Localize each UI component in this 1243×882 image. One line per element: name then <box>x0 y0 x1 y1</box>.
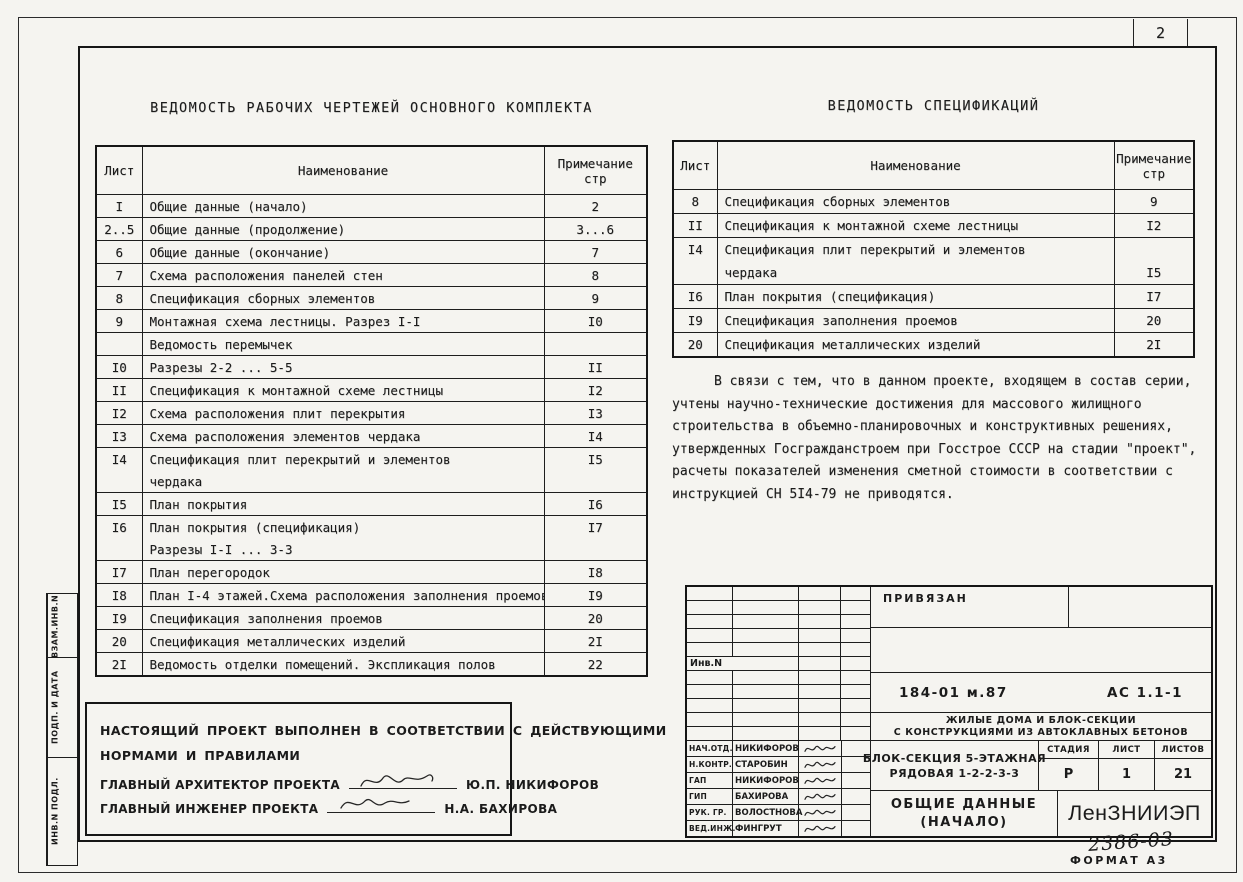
table-cell: 7 <box>544 241 647 264</box>
signer-signature <box>799 821 842 836</box>
signer-signature <box>799 741 842 756</box>
table-cell <box>544 470 647 493</box>
signer-date-cell <box>842 821 870 836</box>
organization-name: ЛенЗНИИЭП <box>1058 791 1211 836</box>
stamp-grid-row <box>687 629 870 643</box>
signer-date-cell <box>842 805 870 820</box>
table-cell: 2I <box>544 630 647 653</box>
vzam-inv-box: ВЗАМ.ИНВ.N <box>46 593 78 659</box>
stamp-grid-row <box>687 671 870 685</box>
signer-row: ГАПНИКИФОРОВ <box>687 773 870 789</box>
table-cell: I3 <box>96 425 142 448</box>
table-cell: Спецификация сборных элементов <box>142 287 544 310</box>
title-block-right: ПРИВЯЗАН 184-01 м.87 АС 1.1-1 ЖИЛЫЕ ДОМА… <box>871 587 1211 836</box>
table-cell: II <box>673 214 717 238</box>
table-cell: План I-4 этажей.Схема расположения запол… <box>142 584 544 607</box>
note-paragraph-line: утвержденных Госгражданстроем при Госстр… <box>672 439 1196 462</box>
table-cell <box>673 261 717 285</box>
table-cell: I8 <box>96 584 142 607</box>
stamp-grid-row <box>687 587 870 601</box>
table-cell: Схема расположения элементов чердака <box>142 425 544 448</box>
table-cell: План перегородок <box>142 561 544 584</box>
table-cell: Спецификация к монтажной схеме лестницы <box>717 214 1114 238</box>
signer-role: ВЕД.ИНЖ. <box>687 821 733 836</box>
table-row: I9Спецификация заполнения проемов20 <box>673 309 1194 333</box>
stamp-grid-row <box>687 727 870 741</box>
table-cell: 2..5 <box>96 218 142 241</box>
table-cell: Разрезы I-I ... 3-3 <box>142 538 544 561</box>
table-row: чердакаI5 <box>673 261 1194 285</box>
table-cell: 20 <box>673 333 717 358</box>
table-cell: Спецификация к монтажной схеме лестницы <box>142 379 544 402</box>
table-cell: I5 <box>1114 261 1194 285</box>
table-cell: I2 <box>96 402 142 425</box>
table-row: I3Схема расположения элементов чердакаI4 <box>96 425 647 448</box>
table-cell: I5 <box>96 493 142 516</box>
table-row: 2IВедомость отделки помещений. Экспликац… <box>96 653 647 677</box>
table-cell: I4 <box>673 238 717 262</box>
signature-squiggle-icon <box>803 773 837 788</box>
table-cell: План покрытия <box>142 493 544 516</box>
engineer-signature-line <box>327 792 435 813</box>
signer-signature <box>799 805 842 820</box>
table-row: I5План покрытияI6 <box>96 493 647 516</box>
table-cell: I3 <box>544 402 647 425</box>
table-cell: II <box>96 379 142 402</box>
corner-sheet-number: 2 <box>1133 19 1188 46</box>
stage-headers: СТАДИЯ ЛИСТ ЛИСТОВ <box>1039 741 1211 759</box>
table-cell: Схема расположения панелей стен <box>142 264 544 287</box>
table-row: 7Схема расположения панелей стен8 <box>96 264 647 287</box>
engineer-label: ГЛАВНЫЙ ИНЖЕНЕР ПРОЕКТА <box>100 802 318 816</box>
column-header: Лист <box>673 141 717 190</box>
table-row: IIСпецификация к монтажной схеме лестниц… <box>673 214 1194 238</box>
column-header: Наименование <box>142 146 544 195</box>
signer-signature <box>799 773 842 788</box>
table-row: I0Разрезы 2-2 ... 5-5II <box>96 356 647 379</box>
sheet-header: ЛИСТ <box>1099 741 1155 758</box>
table-header-row: ЛистНаименованиеПримечаниестр <box>673 141 1194 190</box>
table-row: I6План покрытия (спецификация)I7 <box>673 285 1194 309</box>
inv-podl-label: ИНВ.N ПОДЛ. <box>47 758 62 865</box>
table-cell: II <box>544 356 647 379</box>
table-cell: I0 <box>96 356 142 379</box>
table-cell: I0 <box>544 310 647 333</box>
table-cell: 22 <box>544 653 647 677</box>
architect-signature-row: ГЛАВНЫЙ АРХИТЕКТОР ПРОЕКТА Ю.П. НИКИФОРО… <box>100 770 500 792</box>
signer-signature <box>799 789 842 804</box>
specifications-table: ЛистНаименованиеПримечаниестр8Спецификац… <box>672 140 1195 358</box>
table-cell: I7 <box>96 561 142 584</box>
project-name-line2: С КОНСТРУКЦИЯМИ ИЗ АВТОКЛАВНЫХ БЕТОНОВ <box>894 727 1189 739</box>
signer-name: НИКИФОРОВ <box>733 773 799 788</box>
sheets-header: ЛИСТОВ <box>1155 741 1211 758</box>
table-cell: Спецификация заполнения проемов <box>717 309 1114 333</box>
table-cell <box>544 333 647 356</box>
table-row: Разрезы I-I ... 3-3 <box>96 538 647 561</box>
engineer-signature-row: ГЛАВНЫЙ ИНЖЕНЕР ПРОЕКТА Н.А. БАХИРОВА <box>100 794 500 816</box>
set-code: АС 1.1-1 <box>1107 685 1183 701</box>
signer-signature <box>799 757 842 772</box>
table-cell: 2I <box>96 653 142 677</box>
series-number: 184-01 м.87 <box>899 685 1008 701</box>
table-cell: 9 <box>1114 190 1194 214</box>
table-cell: Спецификация заполнения проемов <box>142 607 544 630</box>
table-cell: I9 <box>96 607 142 630</box>
compliance-line-1: НАСТОЯЩИЙ ПРОЕКТ ВЫПОЛНЕН В СООТВЕТСТВИИ… <box>100 718 500 743</box>
privyazan-row: ПРИВЯЗАН <box>871 587 1211 628</box>
table-cell: 20 <box>544 607 647 630</box>
sheets-value: 21 <box>1155 759 1211 790</box>
table-header-row: ЛистНаименованиеПримечаниестр <box>96 146 647 195</box>
table-cell: 2 <box>544 195 647 218</box>
object-name-line1: БЛОК-СЕКЦИЯ 5-ЭТАЖНАЯ <box>863 751 1046 766</box>
table-cell: Монтажная схема лестницы. Разрез I-I <box>142 310 544 333</box>
table-cell: Спецификация металлических изделий <box>717 333 1114 358</box>
signer-role: ГИП <box>687 789 733 804</box>
signature-squiggle-icon <box>803 741 837 756</box>
table-row: Ведомость перемычек <box>96 333 647 356</box>
scanned-drawing-sheet: 2 ВЗАМ.ИНВ.N ПОДП. И ДАТА ИНВ.N ПОДЛ. ВЕ… <box>0 0 1243 882</box>
object-stage-row: БЛОК-СЕКЦИЯ 5-ЭТАЖНАЯ РЯДОВАЯ 1-2-2-3-3 … <box>871 741 1211 791</box>
table-cell: Спецификация плит перекрытий и элементов <box>142 448 544 471</box>
table-cell: Ведомость отделки помещений. Экспликация… <box>142 653 544 677</box>
note-paragraph-line: В связи с тем, что в данном проекте, вхо… <box>672 371 1196 394</box>
signer-role: РУК. ГР. <box>687 805 733 820</box>
signer-date-cell <box>842 789 870 804</box>
table-cell: План покрытия (спецификация) <box>142 516 544 539</box>
table-row: I8План I-4 этажей.Схема расположения зап… <box>96 584 647 607</box>
note-paragraph: В связи с тем, что в данном проекте, вхо… <box>672 371 1196 506</box>
note-paragraph-line: строительства в объемно-планировочных и … <box>672 416 1196 439</box>
title-block-upper-grid: Инв.N <box>687 587 870 741</box>
series-code-row: 184-01 м.87 АС 1.1-1 <box>871 673 1211 713</box>
table-cell: I6 <box>544 493 647 516</box>
inv-n-label: Инв.N <box>687 657 799 670</box>
table-cell: 8 <box>96 287 142 310</box>
table-row: 20Спецификация металлических изделий2I <box>673 333 1194 358</box>
stage-header: СТАДИЯ <box>1039 741 1099 758</box>
title-block-signers: НАЧ.ОТД.НИКИФОРОВН.КОНТР.СТАРОБИНГАПНИКИ… <box>687 741 870 836</box>
privyazan-empty-cell <box>1069 587 1211 627</box>
table-cell: I2 <box>544 379 647 402</box>
vzam-inv-label: ВЗАМ.ИНВ.N <box>47 594 62 658</box>
project-name-line1: ЖИЛЫЕ ДОМА И БЛОК-СЕКЦИИ <box>946 715 1136 727</box>
table-cell: 8 <box>673 190 717 214</box>
table-row: 20Спецификация металлических изделий2I <box>96 630 647 653</box>
table-cell: I <box>96 195 142 218</box>
table-cell: 20 <box>1114 309 1194 333</box>
stamp-grid-row <box>687 699 870 713</box>
table-row: I7План перегородокI8 <box>96 561 647 584</box>
table-row: 9Монтажная схема лестницы. Разрез I-II0 <box>96 310 647 333</box>
table-row: чердака <box>96 470 647 493</box>
title-block: Инв.N НАЧ.ОТД.НИКИФОРОВН.КОНТР.СТАРОБИНГ… <box>685 585 1213 838</box>
podp-data-label: ПОДП. И ДАТА <box>47 658 62 757</box>
sheet-title-line2: (НАЧАЛО) <box>920 814 1007 832</box>
table-cell: I9 <box>544 584 647 607</box>
table-cell: чердака <box>717 261 1114 285</box>
table-cell: I6 <box>673 285 717 309</box>
table-row: I2Схема расположения плит перекрытияI3 <box>96 402 647 425</box>
signer-role: ГАП <box>687 773 733 788</box>
table-cell <box>96 538 142 561</box>
stamp-grid-row <box>687 713 870 727</box>
stamp-grid-row <box>687 685 870 699</box>
table-cell: Ведомость перемычек <box>142 333 544 356</box>
stamp-grid-row <box>687 615 870 629</box>
table-row: I4Спецификация плит перекрытий и элемент… <box>96 448 647 471</box>
signer-row: ВЕД.ИНЖ.ФИНГРУТ <box>687 821 870 836</box>
signer-row: РУК. ГР.ВОЛОСТНОВА <box>687 805 870 821</box>
sheet-title: ОБЩИЕ ДАННЫЕ (НАЧАЛО) <box>871 791 1058 836</box>
left-table-title: ВЕДОМОСТЬ РАБОЧИХ ЧЕРТЕЖЕЙ ОСНОВНОГО КОМ… <box>95 100 648 116</box>
table-cell: Спецификация сборных элементов <box>717 190 1114 214</box>
table-cell: I6 <box>96 516 142 539</box>
title-block-left-grid: Инв.N НАЧ.ОТД.НИКИФОРОВН.КОНТР.СТАРОБИНГ… <box>687 587 871 836</box>
table-cell: I4 <box>96 448 142 471</box>
signer-name: НИКИФОРОВ <box>733 741 799 756</box>
column-header: Примечаниестр <box>1114 141 1194 190</box>
table-cell <box>96 333 142 356</box>
column-header: Примечаниестр <box>544 146 647 195</box>
right-table-title: ВЕДОМОСТЬ СПЕЦИФИКАЦИЙ <box>672 98 1195 114</box>
note-paragraph-line: расчеты показателей изменения сметной ст… <box>672 461 1196 484</box>
table-cell: Спецификация плит перекрытий и элементов <box>717 238 1114 262</box>
table-cell <box>544 538 647 561</box>
object-name-line2: РЯДОВАЯ 1-2-2-3-3 <box>890 766 1020 781</box>
sheet-value: 1 <box>1099 759 1155 790</box>
table-cell: 2I <box>1114 333 1194 358</box>
table-cell: 9 <box>544 287 647 310</box>
table-cell: Общие данные (начало) <box>142 195 544 218</box>
table-cell: Разрезы 2-2 ... 5-5 <box>142 356 544 379</box>
signer-name: ВОЛОСТНОВА <box>733 805 799 820</box>
compliance-line-2: НОРМАМИ И ПРАВИЛАМИ <box>100 743 500 768</box>
column-header: Лист <box>96 146 142 195</box>
compliance-statement-box: НАСТОЯЩИЙ ПРОЕКТ ВЫПОЛНЕН В СООТВЕТСТВИИ… <box>85 702 512 836</box>
table-cell: I8 <box>544 561 647 584</box>
signature-squiggle-icon <box>803 789 837 804</box>
table-cell: I7 <box>1114 285 1194 309</box>
table-cell: I5 <box>544 448 647 471</box>
privyazan-label: ПРИВЯЗАН <box>871 587 1069 627</box>
signer-role: Н.КОНТР. <box>687 757 733 772</box>
table-cell: Общие данные (окончание) <box>142 241 544 264</box>
architect-name: Ю.П. НИКИФОРОВ <box>466 778 599 792</box>
working-drawings-table: ЛистНаименованиеПримечаниестрIОбщие данн… <box>95 145 648 677</box>
podp-data-box: ПОДП. И ДАТА <box>46 657 78 758</box>
table-cell: I7 <box>544 516 647 539</box>
left-margin-stamp-boxes: ВЗАМ.ИНВ.N ПОДП. И ДАТА ИНВ.N ПОДЛ. <box>46 594 78 866</box>
table-cell <box>96 470 142 493</box>
sheet-title-line1: ОБЩИЕ ДАННЫЕ <box>891 796 1037 814</box>
engineer-name: Н.А. БАХИРОВА <box>444 802 557 816</box>
signer-row: Н.КОНТР.СТАРОБИН <box>687 757 870 773</box>
architect-label: ГЛАВНЫЙ АРХИТЕКТОР ПРОЕКТА <box>100 778 340 792</box>
stage-sheet-grid: СТАДИЯ ЛИСТ ЛИСТОВ Р 1 21 <box>1039 741 1211 790</box>
stamp-grid-row <box>687 601 870 615</box>
table-cell: Схема расположения плит перекрытия <box>142 402 544 425</box>
table-cell: 6 <box>96 241 142 264</box>
table-cell: План покрытия (спецификация) <box>717 285 1114 309</box>
table-row: 8Спецификация сборных элементов9 <box>96 287 647 310</box>
table-cell: Спецификация металлических изделий <box>142 630 544 653</box>
format-label: ФОРМАТ А3 <box>1070 854 1168 867</box>
signature-squiggle-icon <box>357 768 437 794</box>
table-row: I9Спецификация заполнения проемов20 <box>96 607 647 630</box>
signer-name: ФИНГРУТ <box>733 821 799 836</box>
signer-role: НАЧ.ОТД. <box>687 741 733 756</box>
inv-podl-box: ИНВ.N ПОДЛ. <box>46 757 78 866</box>
table-row: I6План покрытия (спецификация)I7 <box>96 516 647 539</box>
table-cell: 20 <box>96 630 142 653</box>
stamp-grid-row <box>687 643 870 657</box>
table-row: I4Спецификация плит перекрытий и элемент… <box>673 238 1194 262</box>
table-cell: чердака <box>142 470 544 493</box>
table-cell: 3...6 <box>544 218 647 241</box>
stamp-grid-row: Инв.N <box>687 657 870 671</box>
table-cell <box>1114 238 1194 262</box>
table-row: 6Общие данные (окончание)7 <box>96 241 647 264</box>
table-cell: I9 <box>673 309 717 333</box>
architect-signature-line <box>349 768 457 789</box>
signature-squiggle-icon <box>335 792 415 818</box>
table-cell: 9 <box>96 310 142 333</box>
signature-squiggle-icon <box>803 821 837 836</box>
table-row: 2..5Общие данные (продолжение)3...6 <box>96 218 647 241</box>
table-cell: I2 <box>1114 214 1194 238</box>
empty-row <box>871 628 1211 673</box>
note-paragraph-line: учтены научно-технические достижения для… <box>672 394 1196 417</box>
table-row: IОбщие данные (начало)2 <box>96 195 647 218</box>
project-name-row: ЖИЛЫЕ ДОМА И БЛОК-СЕКЦИИ С КОНСТРУКЦИЯМИ… <box>871 713 1211 741</box>
signer-name: СТАРОБИН <box>733 757 799 772</box>
table-cell: 7 <box>96 264 142 287</box>
stage-values: Р 1 21 <box>1039 759 1211 790</box>
note-paragraph-line: инструкцией СН 5I4-79 не приводятся. <box>672 484 1196 507</box>
signer-date-cell <box>842 773 870 788</box>
signature-squiggle-icon <box>803 757 837 772</box>
table-cell: Общие данные (продолжение) <box>142 218 544 241</box>
table-cell: 8 <box>544 264 647 287</box>
table-row: 8Спецификация сборных элементов9 <box>673 190 1194 214</box>
table-row: IIСпецификация к монтажной схеме лестниц… <box>96 379 647 402</box>
signer-name: БАХИРОВА <box>733 789 799 804</box>
object-name: БЛОК-СЕКЦИЯ 5-ЭТАЖНАЯ РЯДОВАЯ 1-2-2-3-3 <box>871 741 1039 790</box>
stage-value: Р <box>1039 759 1099 790</box>
signer-row: НАЧ.ОТД.НИКИФОРОВ <box>687 741 870 757</box>
table-cell: I4 <box>544 425 647 448</box>
signature-squiggle-icon <box>803 805 837 820</box>
column-header: Наименование <box>717 141 1114 190</box>
signer-row: ГИПБАХИРОВА <box>687 789 870 805</box>
